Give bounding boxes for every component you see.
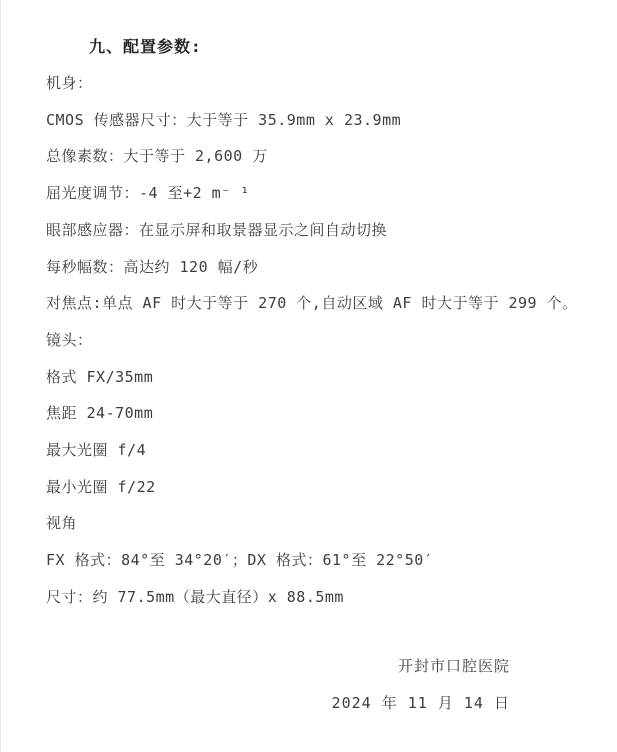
spec-line-body: 机身： — [46, 65, 589, 102]
spec-line-lens: 镜头： — [46, 322, 589, 359]
spec-line-focal-length: 焦距 24-70mm — [46, 395, 589, 432]
spec-line-total-pixels: 总像素数：大于等于 2,600 万 — [46, 138, 589, 175]
signature-date: 2024 年 11 月 14 日 — [46, 685, 510, 722]
spec-line-fx-dx-angles: FX 格式：84°至 34°20′；DX 格式：61°至 22°50′ — [46, 542, 589, 579]
section-heading: 九、配置参数: — [46, 28, 589, 65]
spec-line-min-aperture: 最小光圈 f/22 — [46, 469, 589, 506]
signature-block: 开封市口腔医院 2024 年 11 月 14 日 — [46, 648, 589, 722]
spec-line-focus-points: 对焦点:单点 AF 时大于等于 270 个,自动区域 AF 时大于等于 299 … — [46, 285, 589, 322]
spec-line-max-aperture: 最大光圈 f/4 — [46, 432, 589, 469]
spec-line-view-angle: 视角 — [46, 505, 589, 542]
spec-line-diopter: 屈光度调节：-4 至+2 m⁻ ¹ — [46, 175, 589, 212]
spec-line-dimensions: 尺寸：约 77.5mm（最大直径）x 88.5mm — [46, 579, 589, 616]
spec-line-eye-sensor: 眼部感应器：在显示屏和取景器显示之间自动切换 — [46, 212, 589, 249]
signature-organization: 开封市口腔医院 — [46, 648, 510, 685]
spec-line-fps: 每秒幅数：高达约 120 幅/秒 — [46, 249, 589, 286]
spec-line-cmos-sensor: CMOS 传感器尺寸：大于等于 35.9mm x 23.9mm — [46, 102, 589, 139]
spec-line-format: 格式 FX/35mm — [46, 359, 589, 396]
document-page: 九、配置参数: 机身： CMOS 传感器尺寸：大于等于 35.9mm x 23.… — [0, 0, 617, 752]
